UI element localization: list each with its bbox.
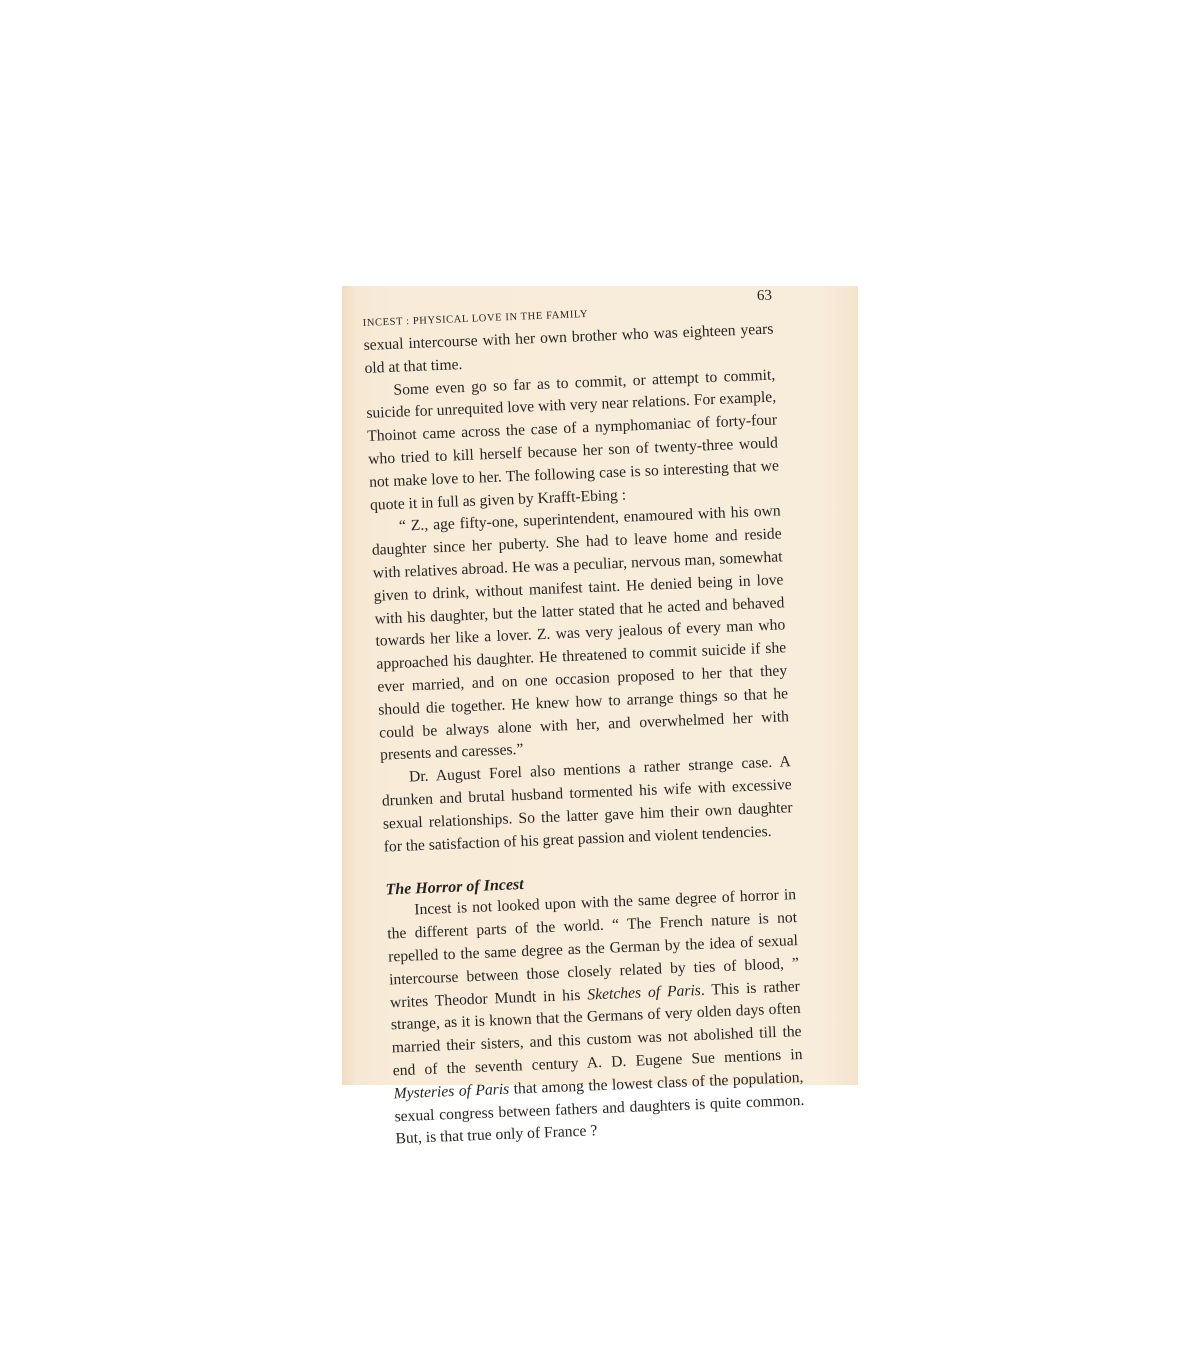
running-head-title: INCEST : PHYSICAL LOVE IN THE FAMILY <box>363 309 589 329</box>
paragraph-suicide: Some even go so far as to commit, or att… <box>365 364 780 517</box>
book-title-sketches: Sketches of Paris <box>587 981 701 1003</box>
book-title-mysteries: Mysteries of Paris <box>393 1080 509 1102</box>
paragraph-horror: Incest is not looked upon with the same … <box>386 884 806 1151</box>
page-content: INCEST : PHYSICAL LOVE IN THE FAMILY 63 … <box>362 288 806 1152</box>
page-number: 63 <box>757 288 773 306</box>
book-page: INCEST : PHYSICAL LOVE IN THE FAMILY 63 … <box>342 286 858 1085</box>
paragraph-quote-krafft-ebing: “ Z., age fifty-one, superintendent, ena… <box>371 501 791 768</box>
text-run: that among the lowest class of the popul… <box>394 1069 804 1148</box>
paragraph-forel: Dr. August Forel also mentions a rather … <box>381 751 794 859</box>
